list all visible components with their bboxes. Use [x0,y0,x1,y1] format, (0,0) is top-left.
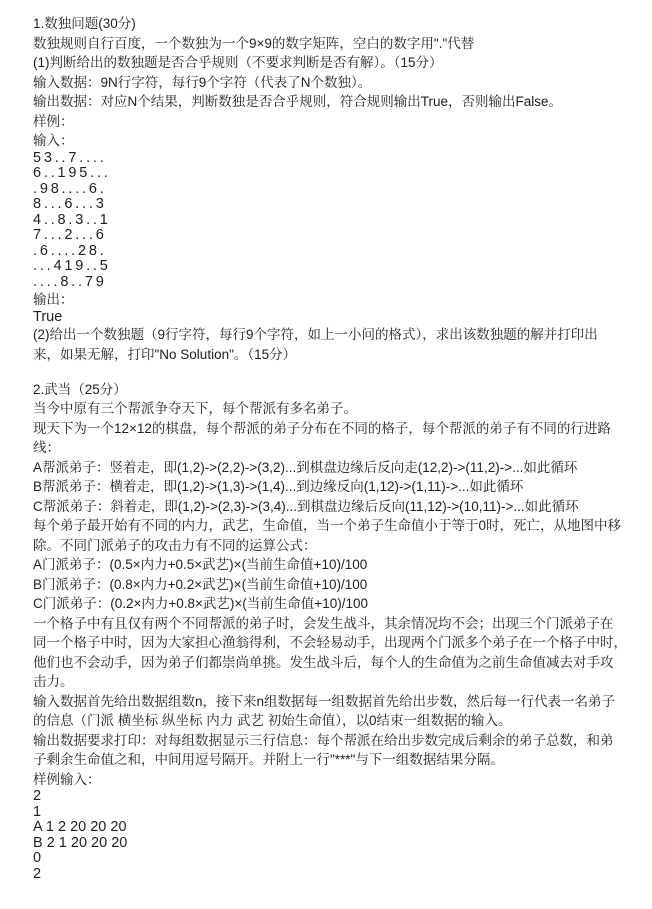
text-line: 输出数据要求打印：对每组数据显示三行信息：每个帮派在给出步数完成后剩余的弟子总数… [33,731,636,751]
text-line: 的信息（门派 横坐标 纵坐标 内力 武艺 初始生命值），以0结束一组数据的输入。 [33,711,636,731]
text-line: (2)给出一个数独题（9行字符，每行9个字符，如上一小问的格式），求出该数独题的… [33,325,636,345]
text-line: 8...6...3 [33,197,636,213]
problem-2-wudang: 2.武当（25分）当今中原有三个帮派争夺天下，每个帮派有多名弟子。现天下为一个1… [33,380,636,883]
text-line: 输出数据：对应N个结果，判断数独是否合乎规则，符合规则输出True，否则输出Fa… [33,92,636,112]
text-line: B门派弟子：(0.8×内力+0.2×武艺)×(当前生命值+10)/100 [33,575,636,595]
text-line: 53..7.... [33,151,636,167]
text-line: (1)判断给出的数独题是否合乎规则（不要求判断是否有解）。（15分） [33,53,636,73]
text-line: A帮派弟子：竖着走，即(1,2)->(2,2)->(3,2)...到棋盘边缘后反… [33,458,636,478]
text-line: A 1 2 20 20 20 [33,820,636,836]
text-line: A门派弟子：(0.5×内力+0.5×武艺)×(当前生命值+10)/100 [33,555,636,575]
text-line: 击力。 [33,672,636,692]
text-line: 同一个格子中时，因为大家担心渔翁得利，不会轻易动手，出现两个门派多个弟子在一个格… [33,633,636,653]
text-line: 样例： [33,112,636,132]
text-line: 样例输入： [33,770,636,790]
text-line: 除。不同门派弟子的攻击力有不同的运算公式： [33,536,636,556]
text-line: 2 [33,867,636,883]
text-line: 6..195... [33,166,636,182]
text-line: 输入数据：9N行字符，每行9个字符（代表了N个数独）。 [33,73,636,93]
text-line: 一个格子中有且仅有两个不同帮派的弟子时，会发生战斗，其余情况均不会；出现三个门派… [33,614,636,634]
text-line: 线： [33,438,636,458]
text-line: 现天下为一个12×12的棋盘，每个帮派的弟子分布在不同的格子，每个帮派的弟子有不… [33,419,636,439]
text-line: 7...2...6 [33,228,636,244]
text-line: ...419..5 [33,259,636,275]
text-line: C门派弟子：(0.2×内力+0.8×武艺)×(当前生命值+10)/100 [33,594,636,614]
text-line: 每个弟子最开始有不同的内力，武艺，生命值，当一个弟子生命值小于等于0时，死亡，从… [33,516,636,536]
problem-1-sudoku: 1.数独问题(30分)数独规则自行百度，一个数独为一个9×9的数字矩阵，空白的数… [33,14,636,380]
text-line: ....8..79 [33,275,636,291]
text-line: 数独规则自行百度，一个数独为一个9×9的数字矩阵，空白的数字用"."代替 [33,34,636,54]
text-line: True [33,310,636,326]
text-line: 1 [33,805,636,821]
text-line: 当今中原有三个帮派争夺天下，每个帮派有多名弟子。 [33,399,636,419]
blank-line [33,364,636,380]
text-line: 输入数据首先给出数据组数n，接下来n组数据每一组数据首先给出步数，然后每一行代表… [33,692,636,712]
text-line: .98....6. [33,182,636,198]
text-line: B帮派弟子：横着走，即(1,2)->(1,3)->(1,4)...到边缘反向(1… [33,477,636,497]
text-line: 2 [33,789,636,805]
text-line: .6....28. [33,244,636,260]
text-line: 子剩余生命值之和，中间用逗号隔开。并附上一行"***"与下一组数据结果分隔。 [33,750,636,770]
text-line: B 2 1 20 20 20 [33,836,636,852]
text-line: 他们也不会动手，因为弟子们都崇尚单挑。发生战斗后，每个人的生命值为之前生命值减去… [33,653,636,673]
text-line: 来，如果无解，打印"No Solution"。（15分） [33,345,636,365]
text-line: 输出： [33,290,636,310]
text-line: 1.数独问题(30分) [33,14,636,34]
text-line: 输入： [33,131,636,151]
problem-document: 1.数独问题(30分)数独规则自行百度，一个数独为一个9×9的数字矩阵，空白的数… [0,0,652,882]
text-line: 2.武当（25分） [33,380,636,400]
text-line: 0 [33,851,636,867]
text-line: 4..8.3..1 [33,213,636,229]
text-line: C帮派弟子：斜着走，即(1,2)->(2,3)->(3,4)...到棋盘边缘后反… [33,497,636,517]
